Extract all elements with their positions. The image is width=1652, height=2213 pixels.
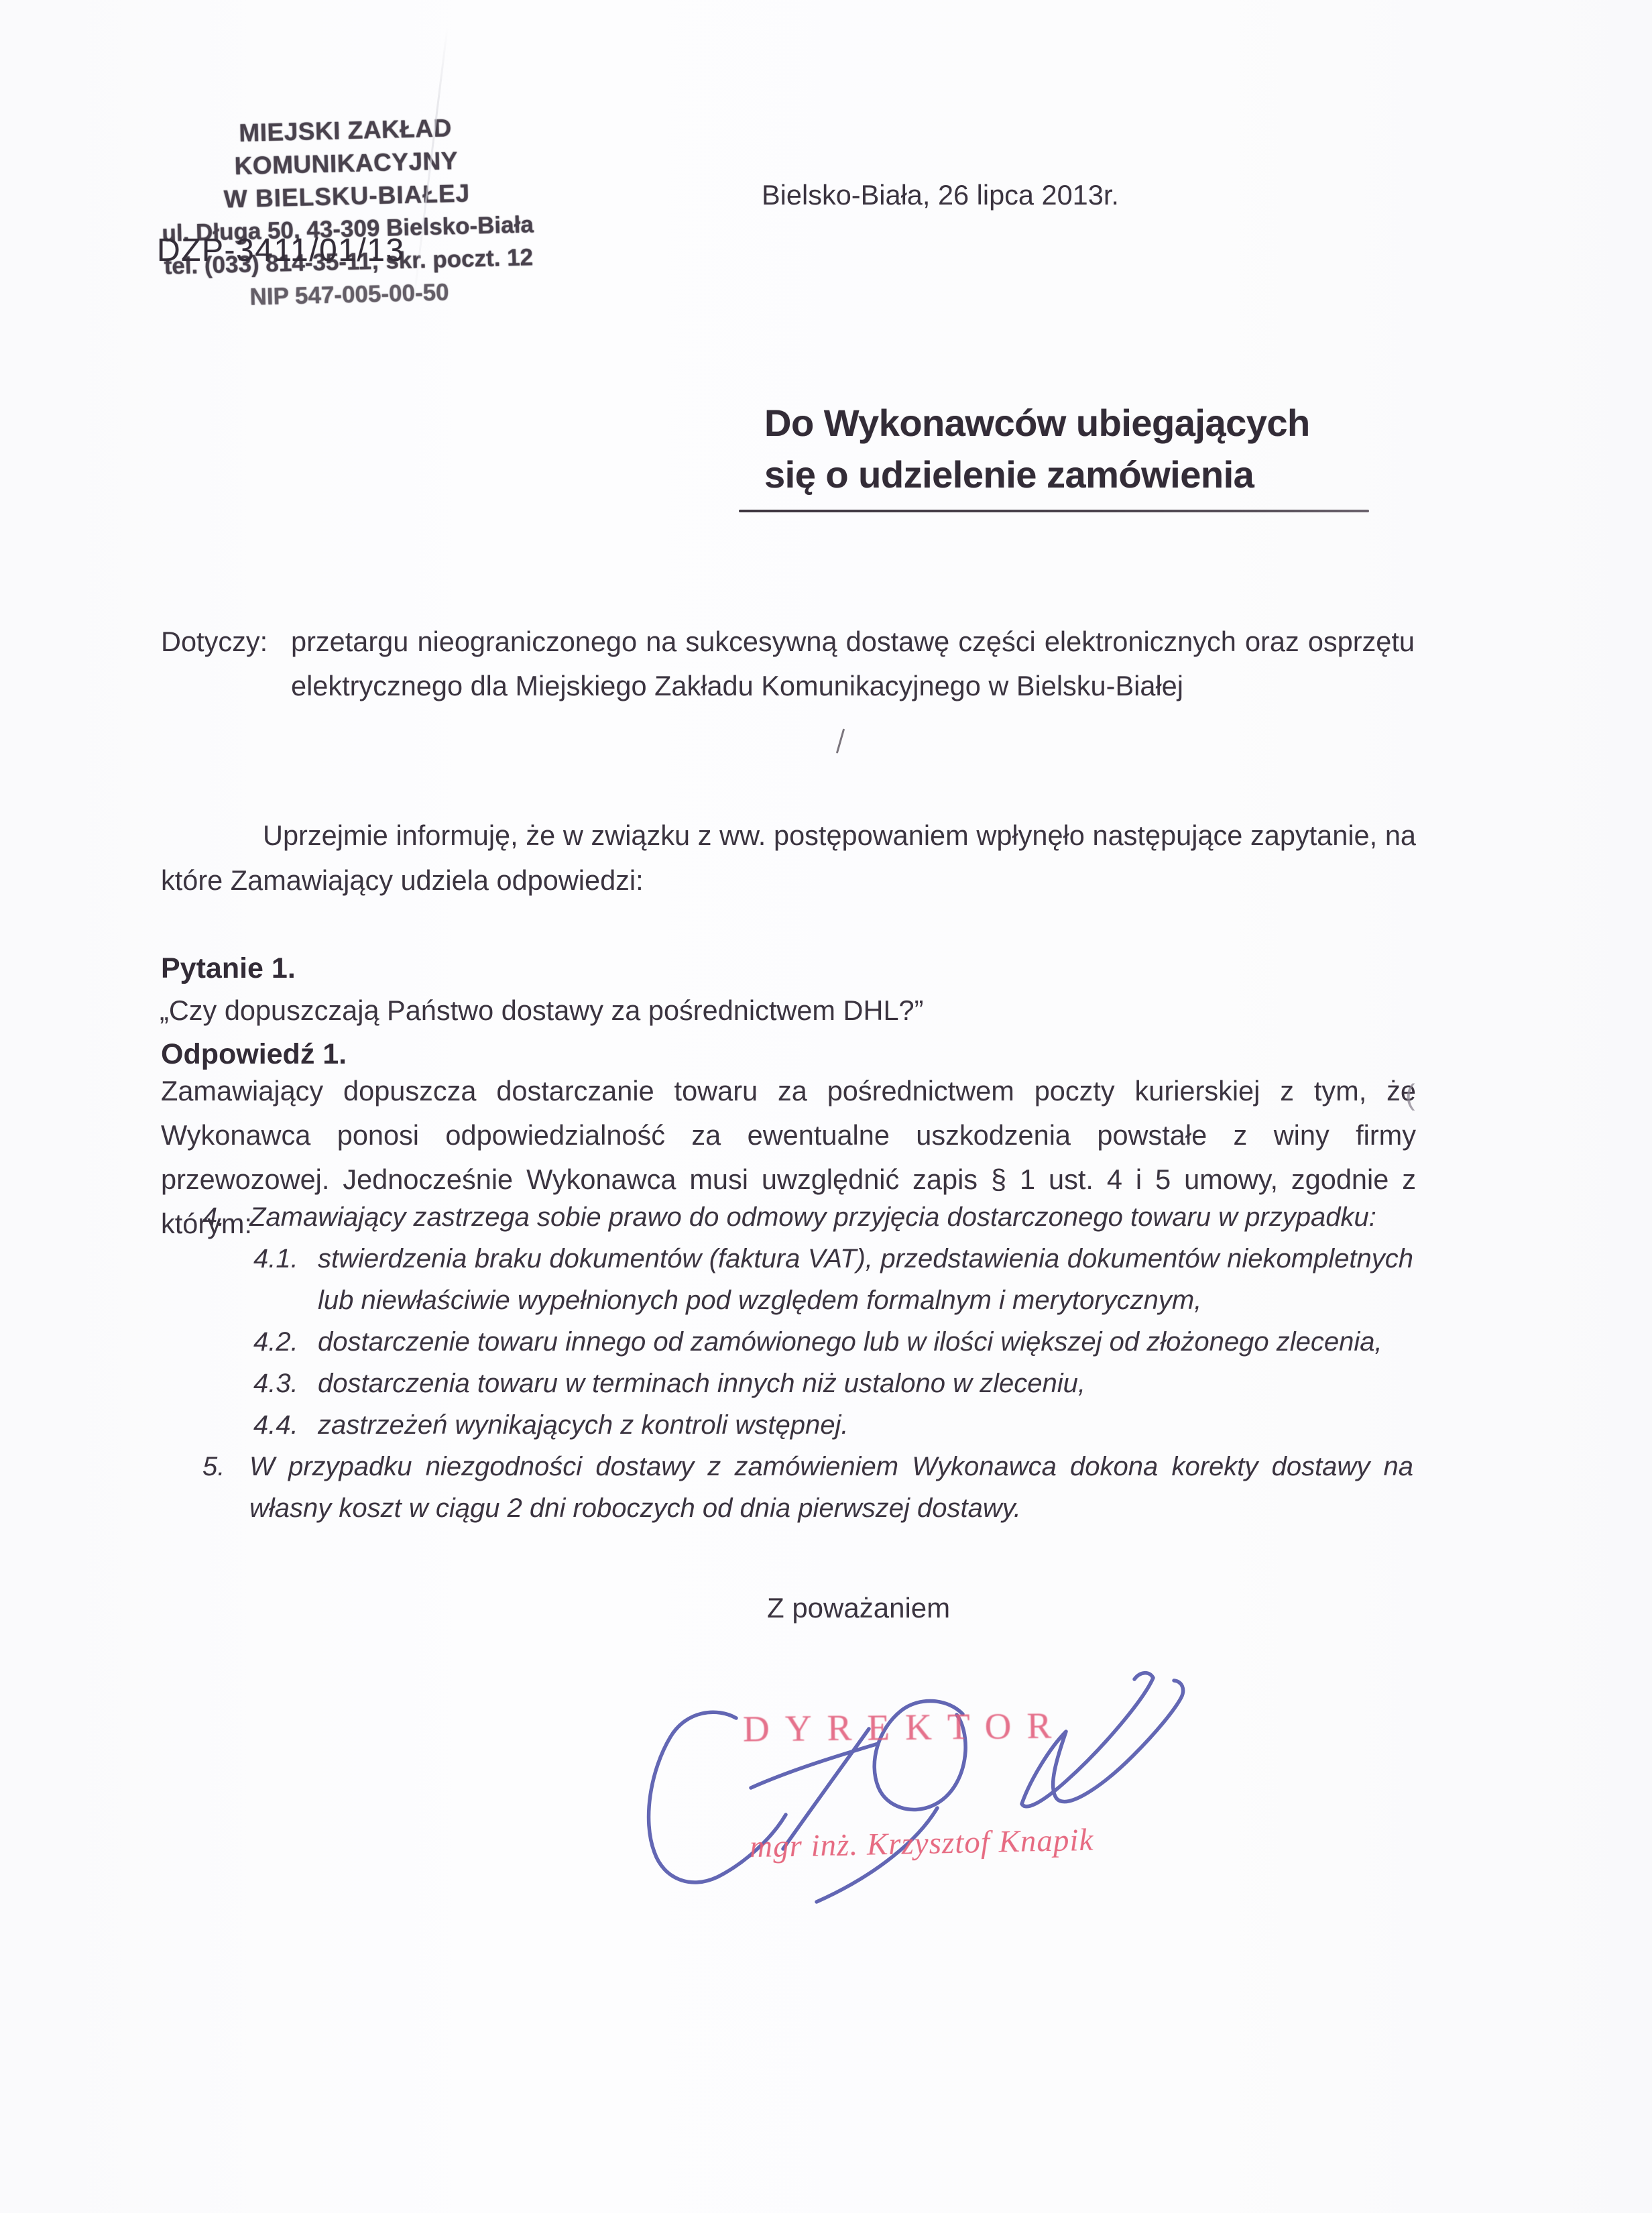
clause-row: 4. Zamawiający zastrzega sobie prawo do … bbox=[202, 1196, 1413, 1238]
addressee-heading-line2: się o udzielenie zamówienia bbox=[764, 449, 1310, 500]
scan-artifact-slash bbox=[836, 728, 845, 753]
question-text: „Czy dopuszczają Państwo dostawy za pośr… bbox=[160, 988, 923, 1033]
subject-text: przetargu nieograniczonego na sukcesywną… bbox=[291, 620, 1415, 708]
subclause-text: dostarczenia towaru w terminach innych n… bbox=[318, 1363, 1413, 1404]
clause-number: 5. bbox=[202, 1446, 249, 1529]
heading-rule bbox=[739, 510, 1369, 512]
subject-label: Dotyczy: bbox=[161, 620, 291, 708]
subclause-row: 4.4. zastrzeżeń wynikających z kontroli … bbox=[253, 1404, 1413, 1446]
clause-row: 5. W przypadku niezgodności dostawy z za… bbox=[202, 1446, 1413, 1529]
signer-title-stamp: DYREKTOR bbox=[743, 1704, 1067, 1750]
date-line: Bielsko-Biała, 26 lipca 2013r. bbox=[762, 173, 1119, 217]
subclause-text: dostarczenie towaru innego od zamówioneg… bbox=[318, 1321, 1413, 1363]
contract-clauses-list: 4. Zamawiający zastrzega sobie prawo do … bbox=[202, 1196, 1413, 1529]
subclause-number: 4.2. bbox=[253, 1321, 318, 1363]
subclause-text: stwierdzenia braku dokumentów (faktura V… bbox=[318, 1238, 1413, 1321]
question-label: Pytanie 1. bbox=[161, 952, 296, 985]
signer-name-stamp: mgr inż. Krzysztof Knapik bbox=[749, 1822, 1094, 1866]
subclause-row: 4.3. dostarczenia towaru w terminach inn… bbox=[253, 1363, 1413, 1404]
scanned-letter-page: MIEJSKI ZAKŁAD KOMUNIKACYJNY W BIELSKU-B… bbox=[0, 0, 1652, 2213]
reference-number: DZP-3411/01/13 bbox=[157, 232, 405, 269]
intro-paragraph: Uprzejmie informuję, że w związku z ww. … bbox=[161, 813, 1416, 903]
stamp-org-name: MIEJSKI ZAKŁAD KOMUNIKACYJNY bbox=[157, 109, 534, 184]
clause-text: W przypadku niezgodności dostawy z zamów… bbox=[249, 1446, 1413, 1529]
subclause-text: zastrzeżeń wynikających z kontroli wstęp… bbox=[318, 1404, 1413, 1446]
subclause-number: 4.1. bbox=[253, 1238, 318, 1321]
clause-number: 4. bbox=[202, 1196, 249, 1238]
scan-artifact-paren: ( bbox=[1405, 1078, 1415, 1112]
subclause-row: 4.1. stwierdzenia braku dokumentów (fakt… bbox=[253, 1238, 1413, 1321]
subclause-row: 4.2. dostarczenie towaru innego od zamów… bbox=[253, 1321, 1413, 1363]
subclause-number: 4.3. bbox=[253, 1363, 318, 1404]
letterhead-stamp: MIEJSKI ZAKŁAD KOMUNIKACYJNY W BIELSKU-B… bbox=[157, 109, 537, 316]
addressee-heading-line1: Do Wykonawców ubiegających bbox=[764, 397, 1310, 449]
signature-dash-stroke bbox=[751, 1744, 878, 1788]
clause-text: Zamawiający zastrzega sobie prawo do odm… bbox=[249, 1196, 1413, 1238]
subclause-number: 4.4. bbox=[253, 1404, 318, 1446]
valediction: Z poważaniem bbox=[767, 1592, 950, 1624]
handwritten-signature-scribble bbox=[624, 1636, 1214, 1945]
addressee-heading: Do Wykonawców ubiegających się o udziele… bbox=[764, 397, 1310, 500]
subject-block: Dotyczy: przetargu nieograniczonego na s… bbox=[161, 620, 1415, 708]
answer-label: Odpowiedź 1. bbox=[161, 1038, 347, 1071]
